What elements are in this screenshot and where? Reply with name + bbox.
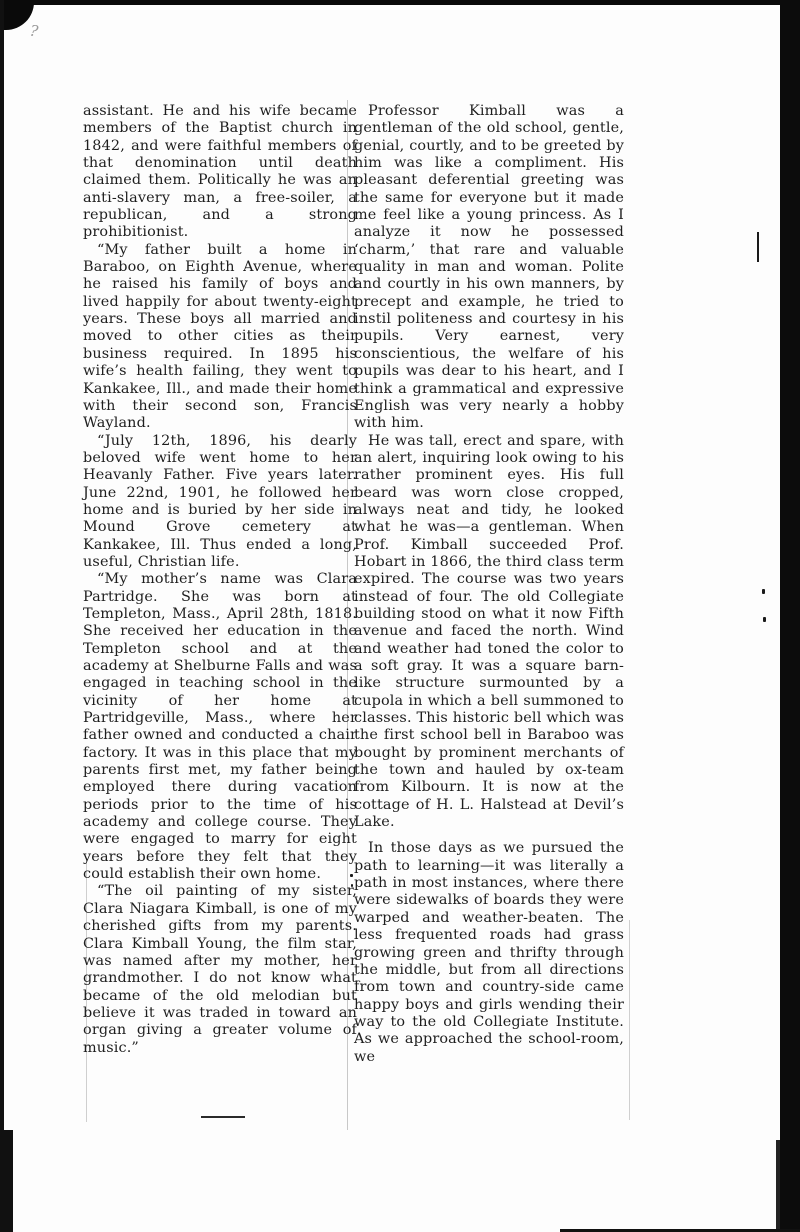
paragraph: Professor Kimball was a gentleman of the… <box>354 103 624 433</box>
margin-speck <box>762 589 765 594</box>
page-mark: ? <box>29 22 39 41</box>
scan-border-top <box>0 0 800 5</box>
scan-border-left-bottom <box>0 1130 13 1232</box>
paragraph: He was tall, erect and spare, with an al… <box>354 433 624 832</box>
left-column: assistant. He and his wife became member… <box>83 103 357 1057</box>
paragraph: assistant. He and his wife became member… <box>83 103 357 242</box>
right-column: Professor Kimball was a gentleman of the… <box>354 103 624 1066</box>
margin-speck <box>350 874 353 877</box>
margin-mark <box>757 232 759 262</box>
paragraph: “My mother’s name was Clara Partridge. S… <box>83 571 357 883</box>
paragraph: “The oil painting of my sister, Clara Ni… <box>83 883 357 1056</box>
paragraph: In those days as we pursued the path to … <box>354 840 624 1065</box>
article-end-rule <box>201 1116 245 1118</box>
margin-speck <box>763 617 766 622</box>
scan-border-left <box>0 0 4 1232</box>
margin-speck <box>351 884 353 887</box>
scan-border-right <box>780 0 800 1232</box>
scan-border-right-inner <box>776 1140 780 1232</box>
paragraph: “My father built a home in Baraboo, on E… <box>83 242 357 433</box>
right-margin-rule <box>629 920 630 1120</box>
scan-corner-top-left <box>0 0 34 30</box>
paragraph: “July 12th, 1896, his dearly beloved wif… <box>83 433 357 572</box>
